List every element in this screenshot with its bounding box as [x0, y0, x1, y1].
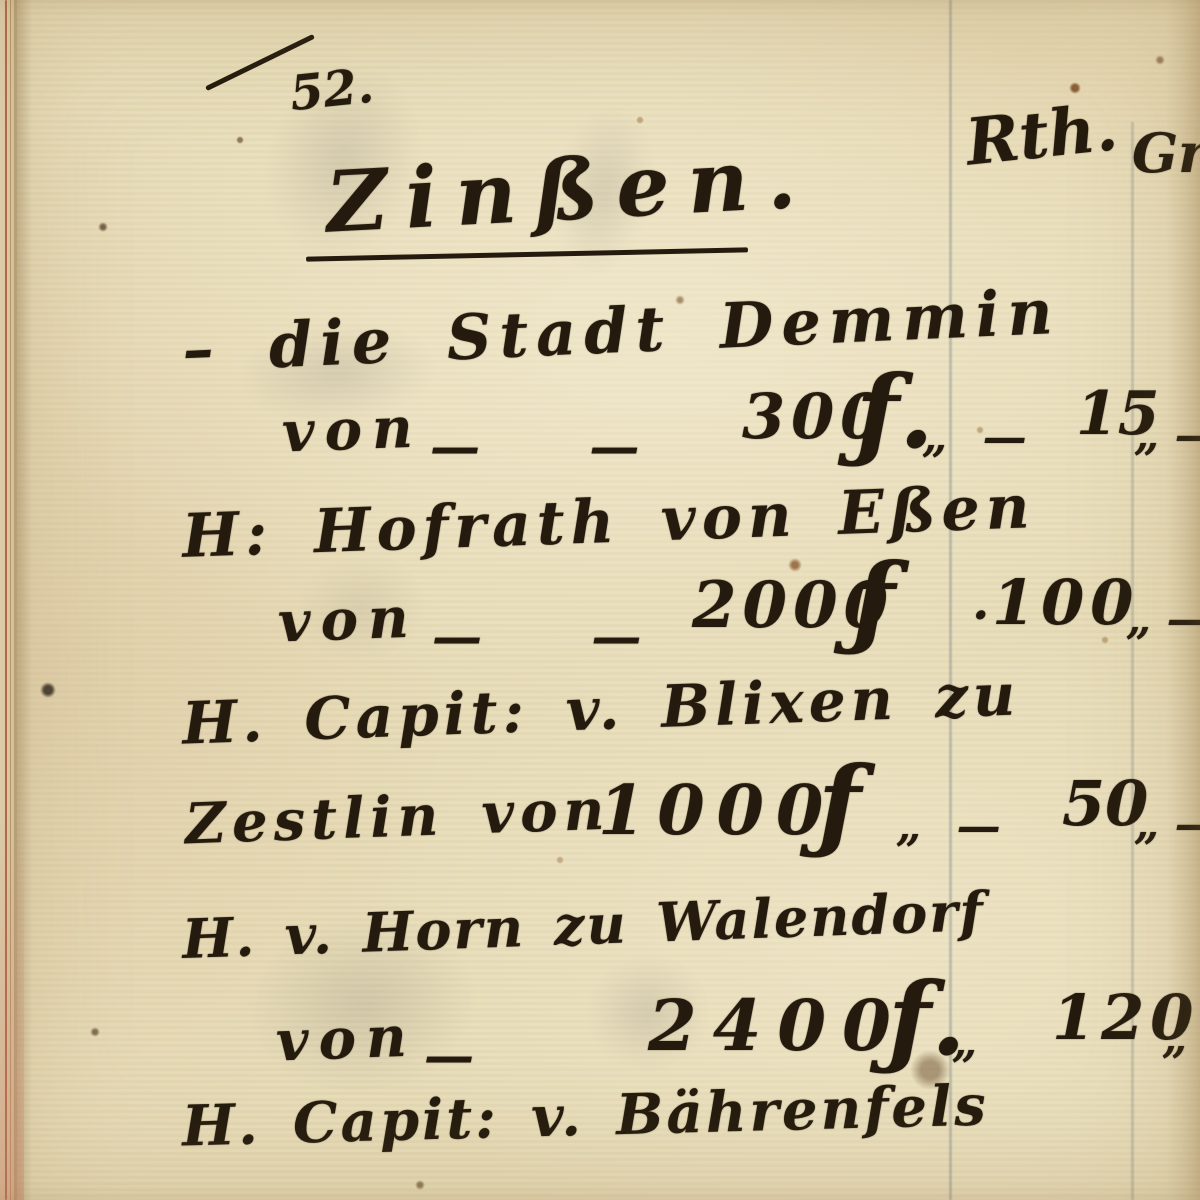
ditto-marks: „ — — [922, 416, 1037, 460]
principal-amount: 1000 — [598, 777, 835, 845]
entry-von-label: von — [281, 400, 423, 461]
section-heading: Zinßen. — [324, 135, 816, 244]
florin-mark: ƒ — [818, 753, 861, 853]
entry-name: H. Capit: v. Bährenfels — [181, 1077, 989, 1154]
column-header-thaler: Rth. — [963, 96, 1120, 175]
entry-von-label: von — [275, 1009, 417, 1070]
heading-underline — [306, 247, 748, 261]
principal-amount: 2400 — [648, 991, 907, 1061]
entry-von-label: von — [277, 590, 419, 651]
entry-name: H. Capit: v. Blixen zu — [181, 665, 1021, 752]
filler-dashes: — — [424, 1031, 474, 1081]
entry-von-label: Zestlin von — [184, 782, 611, 853]
manuscript-page: 52. Zinßen. Rth. Gr – die Stadt Demmin v… — [0, 0, 1200, 1200]
entry-name: H: Hofrath von Eßen — [181, 477, 1036, 567]
ditto-marks: „ — — [1162, 1017, 1200, 1061]
interest-amount: 100 — [992, 572, 1139, 634]
ditto-marks: „ — — [1126, 598, 1200, 642]
filler-dashes: — — — [430, 422, 685, 472]
ditto-marks: „ — — [1134, 803, 1200, 847]
page-number: 52. — [288, 62, 376, 118]
filler-dashes: — — — [432, 612, 687, 662]
florin-mark: ƒ — [852, 550, 895, 650]
ditto-marks: „ — [952, 1021, 977, 1065]
column-header-groschen: Gr — [1132, 126, 1200, 180]
binding-pink-tint — [0, 820, 24, 1200]
ditto-marks: · — [972, 590, 989, 640]
ditto-marks: „ — — [896, 805, 1011, 849]
ditto-marks: „ — — [1134, 414, 1200, 458]
entry-name: H. v. Horn zu Walendorf — [181, 884, 985, 966]
